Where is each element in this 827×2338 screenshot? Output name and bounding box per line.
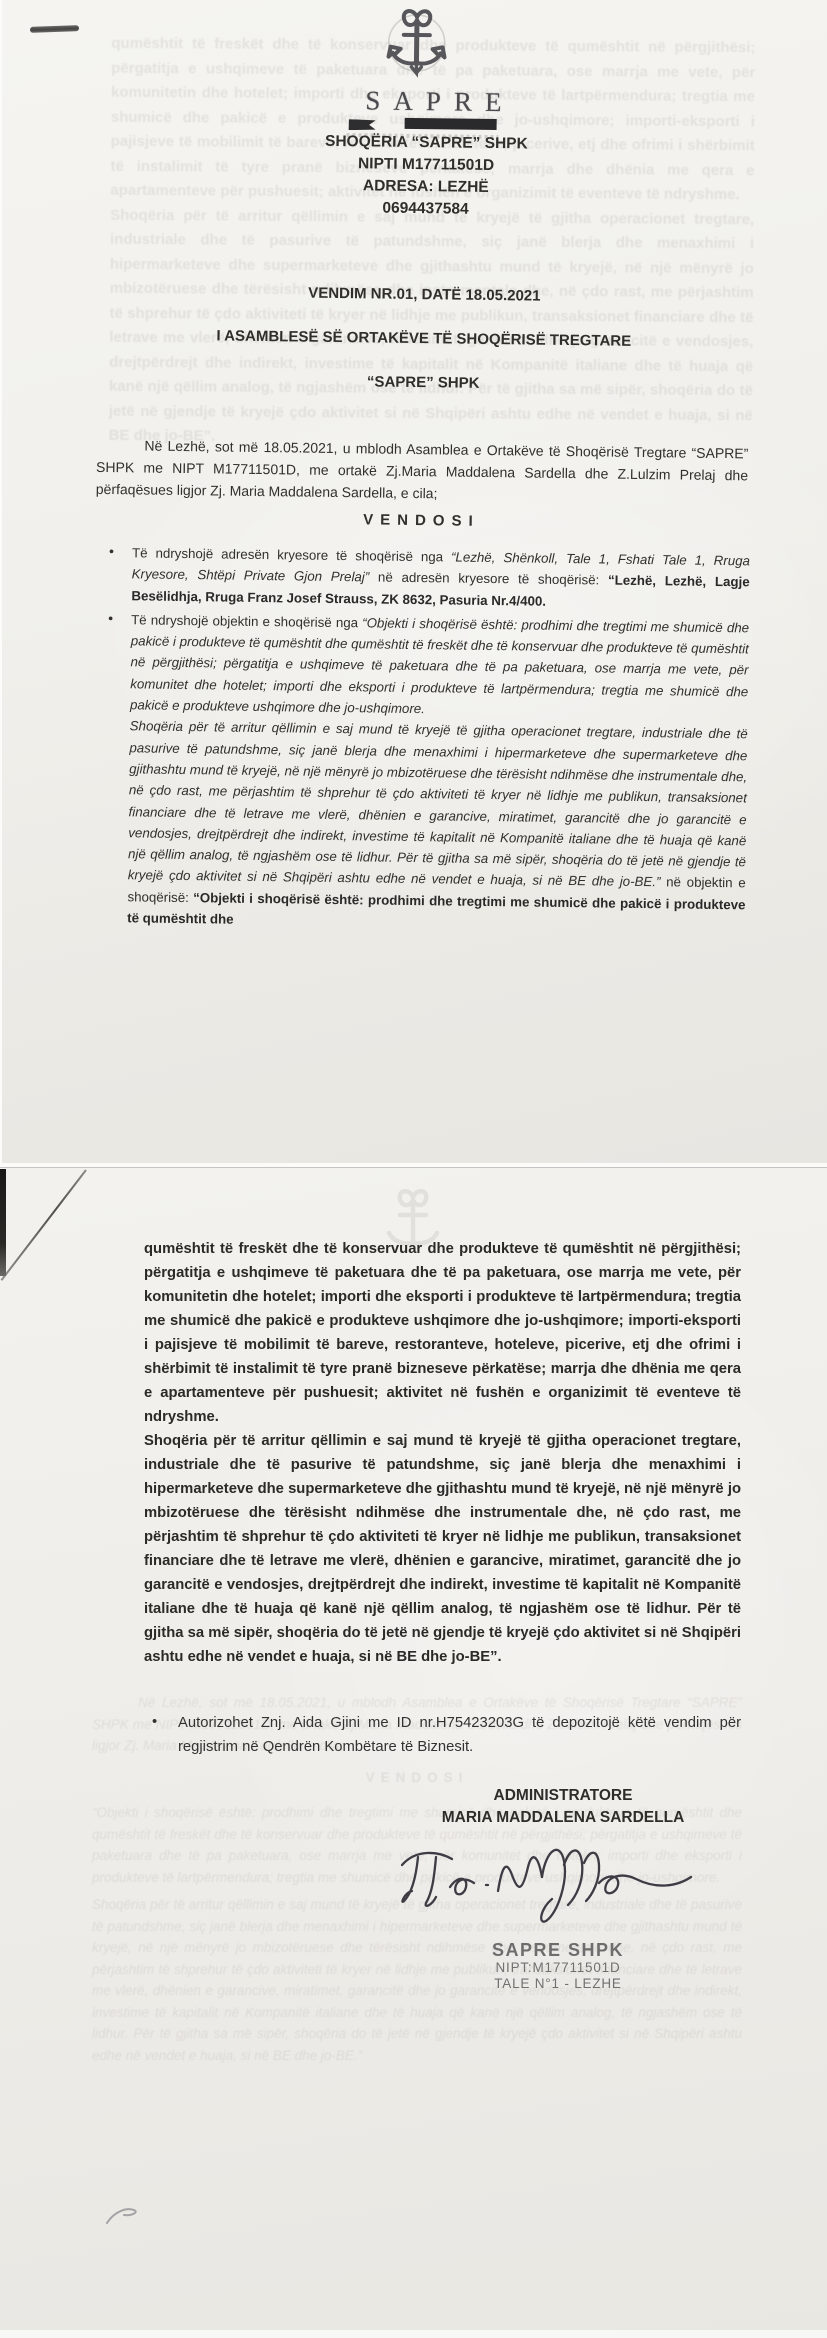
intro-paragraph: Në Lezhë, sot më 18.05.2021, u mblodh As… (96, 434, 749, 509)
assembly-subtitle: I ASAMBLESË SË ORTAKËVE TË SHOQËRISË TRE… (98, 326, 750, 352)
bullet-marker: • (152, 1710, 157, 1734)
decision-title: VENDIM NR.01, DATË 18.05.2021 (98, 282, 750, 308)
object-paragraph-2: Shoqëria për të arritur qëllimin e saj m… (144, 1429, 741, 1669)
page-separator (0, 1163, 827, 1168)
decision-title-block: VENDIM NR.01, DATË 18.05.2021 I ASAMBLES… (97, 282, 751, 423)
page-2-scan: Në Lezhë, sot më 18.05.2021, u mblodh As… (0, 1167, 827, 2338)
bullet-marker: • (108, 608, 113, 629)
stamp-nipt: NIPT:M17711501D (368, 1960, 748, 1976)
bullet2-lead: Të ndryshojë objektin e shoqërisë nga (131, 612, 362, 630)
decision-heading: VENDOSI (95, 508, 747, 534)
bullet2-old-object-part1: “Objekti i shoqërisë është: prodhimi dhe… (130, 615, 749, 716)
authorization-text: Autorizohet Znj. Aida Gjini me ID nr.H75… (178, 1715, 741, 1755)
anchor-logo-icon (378, 5, 455, 86)
ribbon-flag (349, 119, 376, 130)
bullet1-lead: Të ndryshojë adresën kryesore të shoqëri… (132, 545, 451, 564)
stamp-company-name: SAPRE SHPK (368, 1941, 748, 1960)
company-subtitle: “SAPRE” SHPK (97, 370, 749, 396)
scan-edge-shadow (0, 1169, 6, 1276)
signature-block: ADMINISTRATORE MARIA MADDALENA SARDELLA (378, 1785, 748, 1829)
bullet-marker: • (109, 541, 114, 562)
handwritten-signature (394, 1835, 694, 1927)
page-1-scan: qumështit të freskët dhe të konservuar d… (0, 0, 827, 1163)
stamp-location: TALE N°1 - LEZHE (368, 1976, 748, 1992)
bullet1-mid: në adresën kryesore të shoqërisë: (369, 570, 608, 588)
pen-mark (104, 2203, 156, 2227)
object-paragraph-1: qumështit të freskët dhe të konservuar d… (144, 1237, 741, 1429)
scan-bottom-edge (0, 2330, 827, 2338)
letterhead: SHOQËRIA “SAPRE” SHPK NIPTI M17711501D A… (99, 128, 752, 225)
signatory-name: MARIA MADDALENA SARDELLA (378, 1807, 748, 1829)
authorization-item: • Autorizohet Znj. Aida Gjini me ID nr.H… (144, 1711, 741, 1759)
object-continuation: qumështit të freskët dhe të konservuar d… (144, 1237, 741, 1992)
list-item: • Të ndryshojë adresën kryesore të shoqë… (94, 542, 750, 614)
bullet2-old-object-part2: Shoqëria për të arritur qëllimin e saj m… (128, 719, 748, 890)
brand-wordmark: SAPRE (101, 82, 766, 122)
list-item: • Të ndryshojë objektin e shoqërisë nga … (90, 609, 749, 937)
decision-list: • Të ndryshojë adresën kryesore të shoqë… (90, 542, 750, 940)
scanned-document: { "colors": { "paper": "#f0efeb", "ink":… (0, 0, 827, 2338)
bullet2-new-object: “Objekti i shoqërisë është: prodhimi dhe… (127, 890, 745, 927)
signatory-role: ADMINISTRATORE (378, 1785, 748, 1807)
ribbon-banner (405, 118, 497, 130)
folded-corner (0, 1167, 92, 1285)
company-stamp: SAPRE SHPK NIPT:M17711501D TALE N°1 - LE… (368, 1941, 748, 1992)
